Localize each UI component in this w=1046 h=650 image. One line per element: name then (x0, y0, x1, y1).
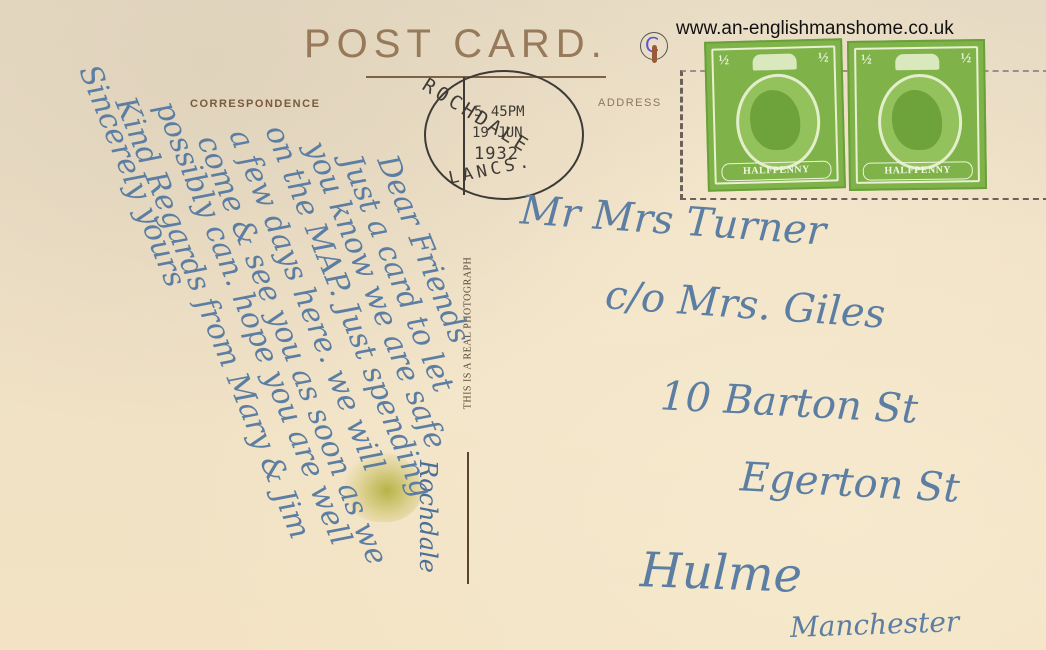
postmark-date: 19 JUN (472, 125, 523, 141)
website-watermark: www.an-englishmanshome.co.uk (676, 18, 954, 40)
crown-icon (895, 54, 939, 71)
address-line: Manchester (789, 605, 959, 644)
address-line: Egerton St (739, 454, 961, 511)
address-line: c/o Mrs. Giles (604, 272, 887, 337)
address-label: ADDRESS (598, 97, 662, 109)
stamp-label: HALFPENNY (863, 161, 973, 181)
correspondence-label: CORRESPONDENCE (190, 98, 320, 110)
address-line: 10 Barton St (659, 373, 919, 432)
postcard-back: POST CARD. CORRESPONDENCE ADDRESS THIS I… (0, 0, 1046, 650)
copyright-logo-icon: C (640, 32, 668, 60)
halfpenny-stamp: ½ ½ HALFPENNY (704, 38, 846, 192)
stamp-value-left: ½ (718, 53, 729, 69)
stamp-label: HALFPENNY (721, 161, 831, 182)
address-line: Hulme (639, 542, 803, 604)
figure-icon (652, 45, 657, 63)
postcard-title: POST CARD. (304, 22, 608, 67)
postmark-time: 5 45PM (474, 104, 525, 120)
crown-icon (752, 53, 796, 70)
stamp-value-right: ½ (818, 51, 829, 67)
stamp-value-left: ½ (861, 53, 872, 69)
halfpenny-stamp: ½ ½ HALFPENNY (847, 39, 987, 191)
center-divider-line (467, 452, 469, 584)
stamp-value-right: ½ (961, 51, 972, 67)
